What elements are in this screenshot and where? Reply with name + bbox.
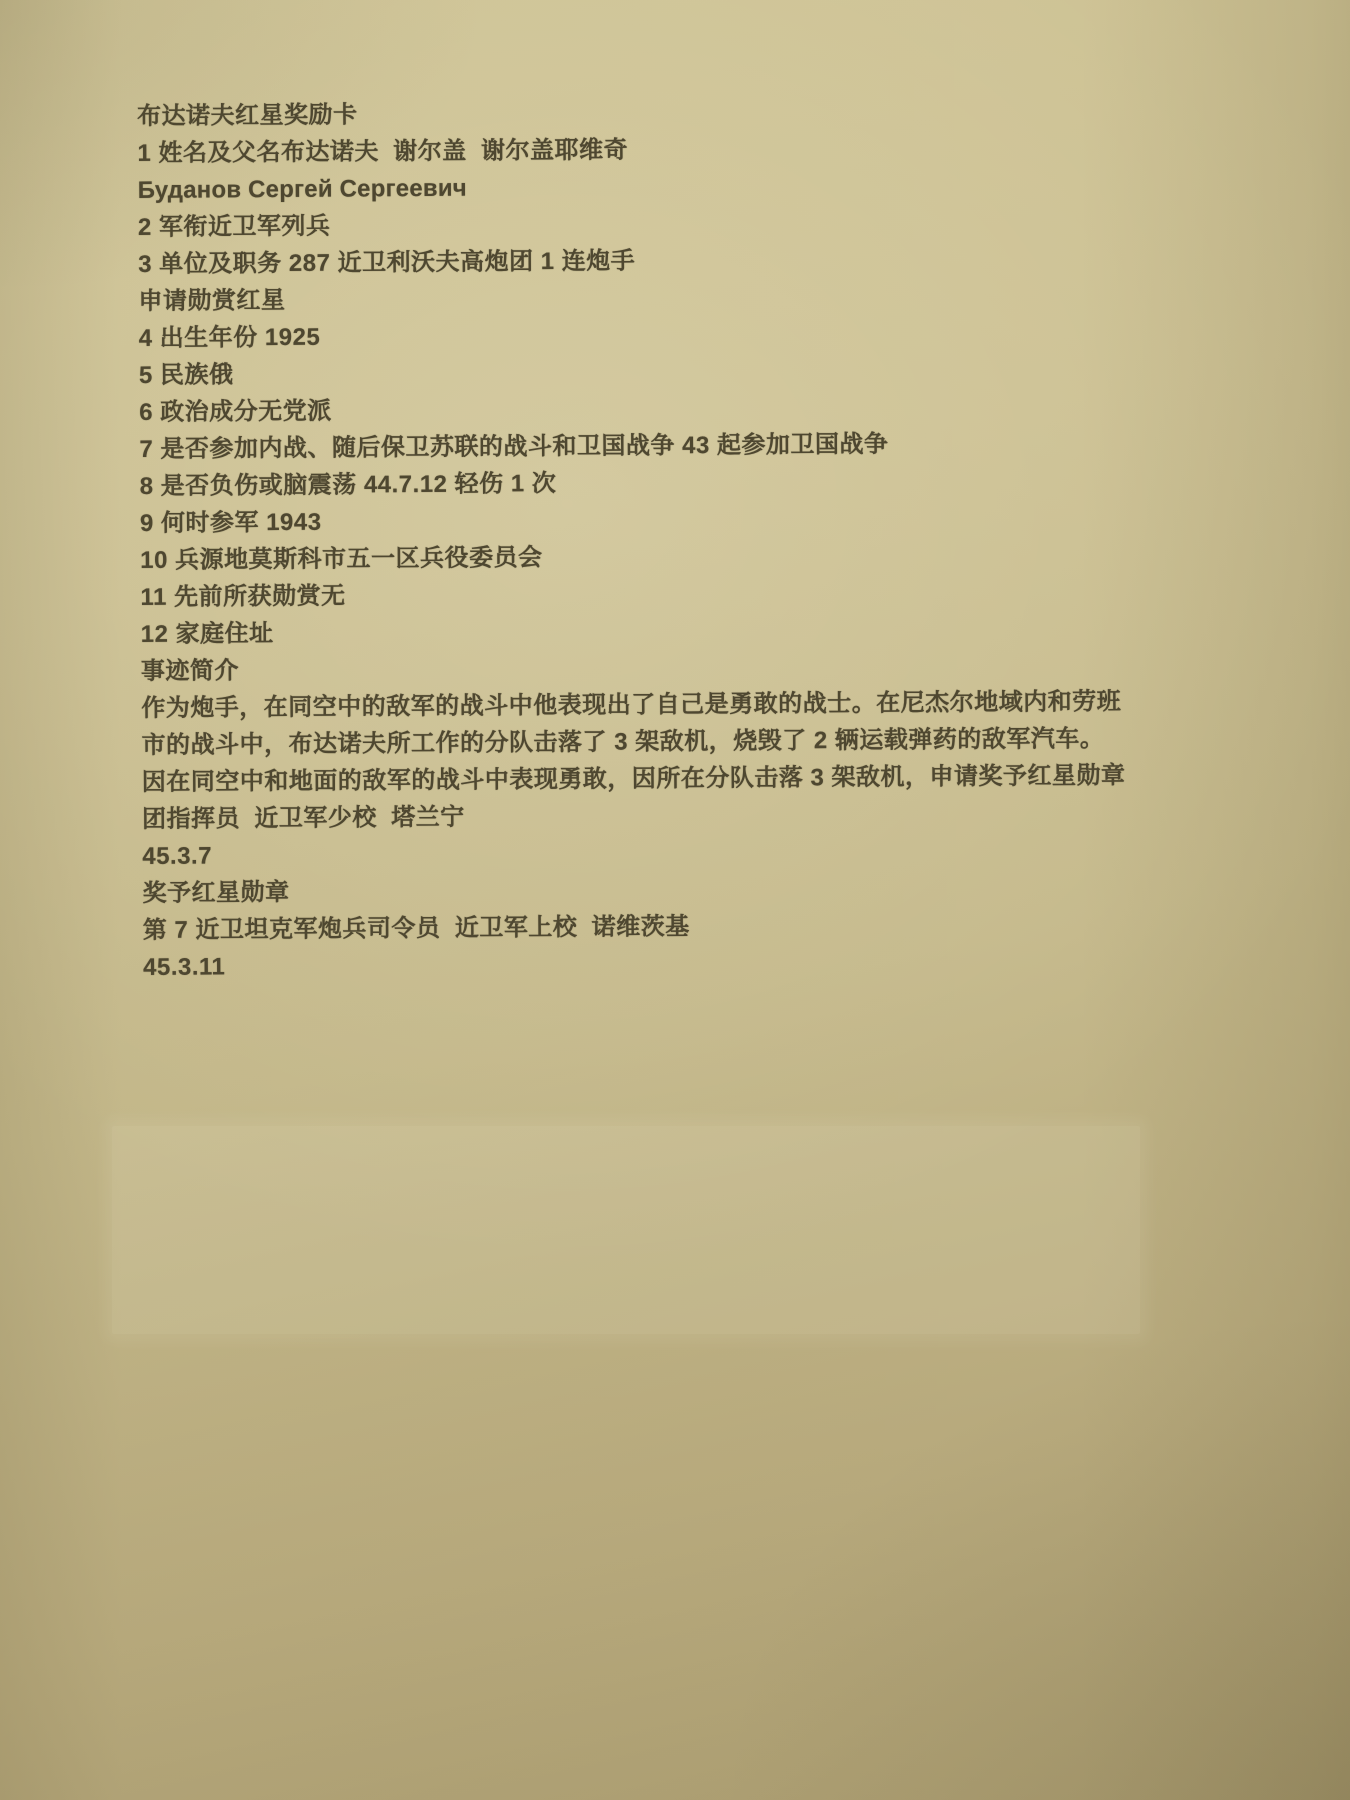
field-war-participation-line: 7 是否参加内战、随后保卫苏联的战斗和卫国战争 43 起参加卫国战争	[139, 424, 1069, 467]
field-rank-line: 2 军衔近卫军列兵	[138, 203, 1068, 246]
field-unit-line: 3 单位及职务 287 近卫利沃夫高炮团 1 连炮手	[138, 240, 1068, 283]
citation-paragraph-line-2: 市的战斗中，布达诺夫所工作的分队击落了 3 架敌机，烧毁了 2 辆运载弹药的敌军…	[141, 720, 1071, 763]
field-party-line: 6 政治成分无党派	[139, 388, 1069, 431]
award-decision-line: 奖予红星勋章	[142, 868, 1072, 911]
award-request-line: 申请勋赏红星	[138, 277, 1068, 320]
paper-sheet-highlight	[112, 1126, 1140, 1334]
field-home-address-line: 12 家庭住址	[141, 609, 1071, 652]
signature-date-line-2: 45.3.11	[143, 942, 1073, 985]
field-wounds-line: 8 是否负伤或脑震荡 44.7.12 轻伤 1 次	[140, 461, 1070, 504]
citation-paragraph-line-1: 作为炮手，在同空中的敌军的战斗中他表现出了自己是勇敢的战士。在尼杰尔地域内和劳班	[141, 683, 1071, 726]
field-prior-awards-line: 11 先前所获勋赏无	[140, 572, 1070, 615]
citation-heading-line: 事迹简介	[141, 646, 1071, 689]
citation-paragraph-line-3: 因在同空中和地面的敌军的战斗中表现勇敢，因所在分队击落 3 架敌机，申请奖予红星…	[142, 757, 1072, 800]
photo-of-document: 布达诺夫红星奖励卡 1 姓名及父名布达诺夫 谢尔盖 谢尔盖耶维奇 Буданов…	[0, 0, 1350, 1800]
document-page: 布达诺夫红星奖励卡 1 姓名及父名布达诺夫 谢尔盖 谢尔盖耶维奇 Буданов…	[137, 92, 1073, 986]
field-name-line: 1 姓名及父名布达诺夫 谢尔盖 谢尔盖耶维奇	[137, 129, 1067, 172]
commander-signature-line: 团指挥员 近卫军少校 塔兰宁	[142, 794, 1072, 837]
document-title-line: 布达诺夫红星奖励卡	[137, 92, 1067, 135]
signature-date-line-1: 45.3.7	[142, 831, 1072, 874]
russian-name-line: Буданов Сергей Сергеевич	[138, 166, 1068, 209]
field-enlistment-year-line: 9 何时参军 1943	[140, 498, 1070, 541]
field-draft-office-line: 10 兵源地莫斯科市五一区兵役委员会	[140, 535, 1070, 578]
artillery-commander-signature-line: 第 7 近卫坦克军炮兵司令员 近卫军上校 诺维茨基	[143, 905, 1073, 948]
